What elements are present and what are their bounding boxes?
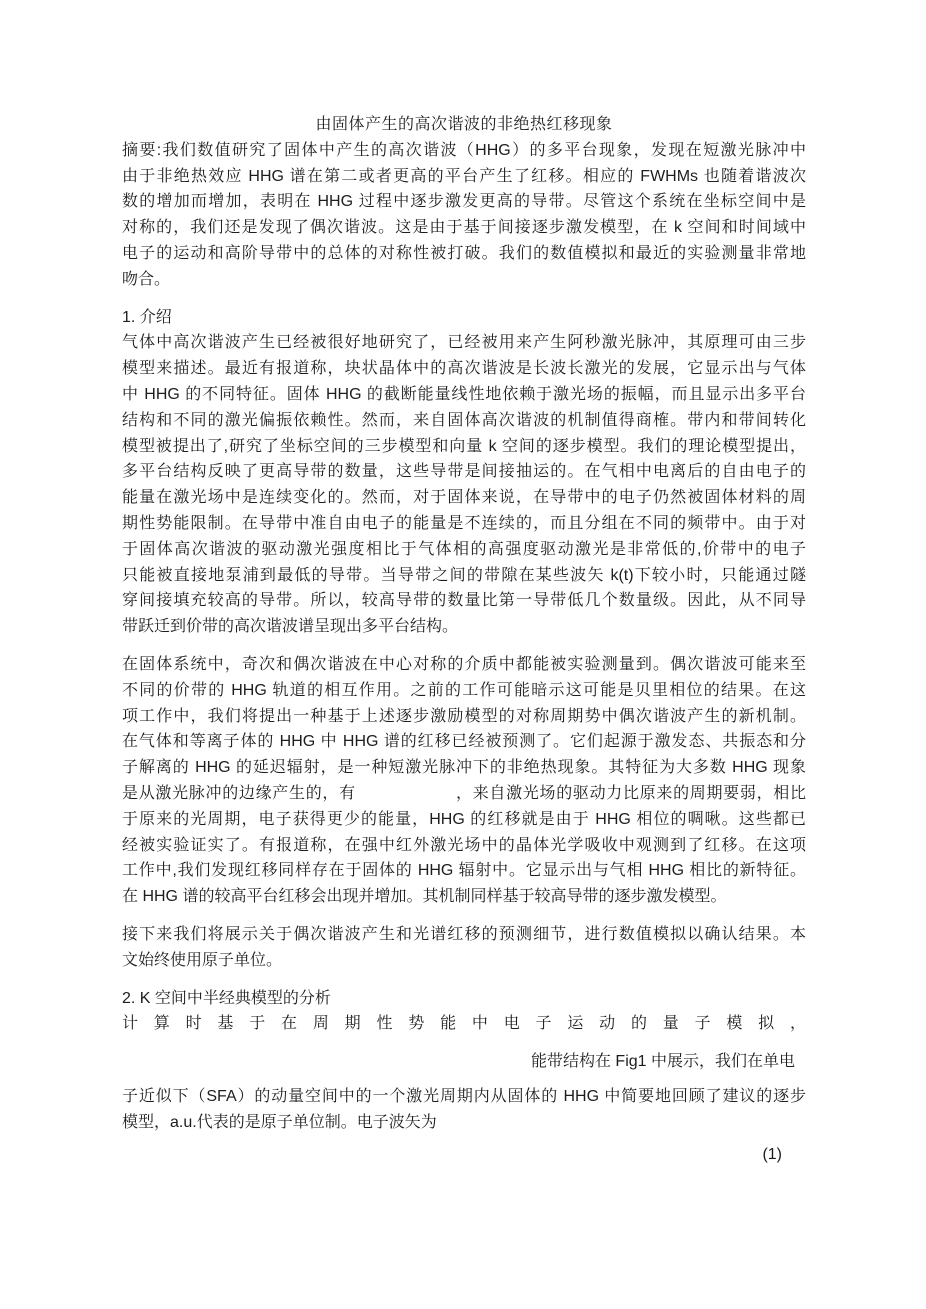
text-line: 子解离的 HHG 的延迟辐射，是一种短激光脉冲下的非绝热现象。其特征为大多数 H… [122,755,806,781]
text-line: 结构和不同的激光偏振依赖性。然而，来自固体高次谐波的机制值得商榷。带内和带间转化 [122,408,806,434]
text-line: 对称的，我们还是发现了偶次谐波。这是由于基于间接逐步激发模型，在 k 空间和时间… [122,215,806,241]
text-line: 文始终使用原子单位。 [122,948,806,974]
text-line: 项工作中，我们将提出一种基于上述逐步激励模型的对称周期势中偶次谐波产生的新机制。 [122,704,806,730]
text-line: 数的增加而增加，表明在 HHG 过程中逐步激发更高的导带。尽管这个系统在坐标空间… [122,189,806,215]
section-2-equation-gap-line: 能带结构在 Fig1 中展示，我们在单电 [122,1049,806,1075]
section-2-justified-line: 计 算 时 基 于 在 周 期 性 势 能 中 电 子 运 动 的 量 子 模 … [122,1011,806,1037]
text-line: 模型，a.u.代表的是原子单位制。电子波矢为 [122,1110,806,1136]
text-line: 带跃迁到价带的高次谐波谱呈现出多平台结构。 [122,614,806,640]
document-title: 由固体产生的高次谐波的非绝热红移现象 [122,112,806,138]
text-line: 中 HHG 的不同特征。固体 HHG 的截断能量线性地依赖于激光场的振幅，而且显… [122,382,806,408]
text-line: 不同的价带的 HHG 轨道的相互作用。之前的工作可能暗示这可能是贝里相位的结果。… [122,678,806,704]
text-line: 气体中高次谐波产生已经被很好地研究了，已经被用来产生阿秒激光脉冲，其原理可由三步 [122,330,806,356]
text-line: 期性势能限制。在导带中准自由电子的能量是不连续的，而且分组在不同的频带中。由于对 [122,511,806,537]
text-line: 模型被提出了,研究了坐标空间的三步模型和向量 k 空间的逐步模型。我们的理论模型… [122,434,806,460]
text-line: 摘要:我们数值研究了固体中产生的高次谐波（HHG）的多平台现象，发现在短激光脉冲… [122,138,806,164]
text-line: 在气体和等离子体的 HHG 中 HHG 谱的红移已经被预测了。它们起源于激发态、… [122,729,806,755]
text-line: 工作中,我们发现红移同样存在于固体的 HHG 辐射中。它显示出与气相 HHG 相… [122,858,806,884]
text-line: 经被实验证实了。有报道称，在强中红外激光场中的晶体光学吸收中观测到了红移。在这项 [122,833,806,859]
text-line: 只能被直接地泵浦到最低的导带。当导带之间的带隙在某些波矢 k(t)下较小时，只能… [122,563,806,589]
text-line: 在固体系统中，奇次和偶次谐波在中心对称的介质中都能被实验测量到。偶次谐波可能来至 [122,652,806,678]
text-line: 电子的运动和高阶导带中的总体的对称性被打破。我们的数值模拟和最近的实验测量非常地 [122,241,806,267]
document-page: 由固体产生的高次谐波的非绝热红移现象 摘要:我们数值研究了固体中产生的高次谐波（… [0,0,926,1309]
text-line: 穿间接填充较高的导带。所以，较高导带的数量比第一导带低几个数量级。因此，从不同导 [122,588,806,614]
text-line: 于固体高次谐波的驱动激光强度相比于气体相的高强度驱动激光是非常低的,价带中的电子 [122,537,806,563]
text-line: 子近似下（SFA）的动量空间中的一个激光周期内从固体的 HHG 中简要地回顾了建… [122,1084,806,1110]
text-line: 模型来描述。最近有报道称，块状晶体中的高次谐波是长波长激光的发展，它显示出与气体 [122,356,806,382]
section-1-paragraph-2: 在固体系统中，奇次和偶次谐波在中心对称的介质中都能被实验测量到。偶次谐波可能来至… [122,652,806,910]
text-line: 于原来的光周期，电子获得更少的能量，HHG 的红移就是由于 HHG 相位的啁啾。… [122,807,806,833]
section-1-paragraph-1: 气体中高次谐波产生已经被很好地研究了，已经被用来产生阿秒激光脉冲，其原理可由三步… [122,330,806,640]
section-1-paragraph-3: 接下来我们将展示关于偶次谐波产生和光谱红移的预测细节，进行数值模拟以确认结果。本… [122,922,806,974]
text-column: 由固体产生的高次谐波的非绝热红移现象 摘要:我们数值研究了固体中产生的高次谐波（… [0,0,926,1168]
abstract-paragraph: 摘要:我们数值研究了固体中产生的高次谐波（HHG）的多平台现象，发现在短激光脉冲… [122,138,806,293]
text-line: 在 HHG 谱的较高平台红移会出现并增加。其机制同样基于较高导带的逐步激发模型。 [122,884,806,910]
text-line: 多平台结构反映了更高导带的数量，这些导带是间接抽运的。在气相中电离后的自由电子的 [122,459,806,485]
text-line: 是从激光脉冲的边缘产生的，有 ，来自激光场的驱动力比原来的周期要弱，相比 [122,781,806,807]
text-line: 接下来我们将展示关于偶次谐波产生和光谱红移的预测细节，进行数值模拟以确认结果。本 [122,922,806,948]
section-1-heading: 1. 介绍 [122,305,806,331]
text-line: 吻合。 [122,267,806,293]
text-line: 能量在激光场中是连续变化的。然而，对于固体来说，在导带中的电子仍然被固体材料的周 [122,485,806,511]
section-2-paragraph: 子近似下（SFA）的动量空间中的一个激光周期内从固体的 HHG 中简要地回顾了建… [122,1084,806,1136]
equation-1-number: (1) [122,1142,806,1168]
text-line: 由于非绝热效应 HHG 谱在第二或者更高的平台产生了红移。相应的 FWHMs 也… [122,164,806,190]
section-2-heading: 2. K 空间中半经典模型的分析 [122,986,806,1012]
